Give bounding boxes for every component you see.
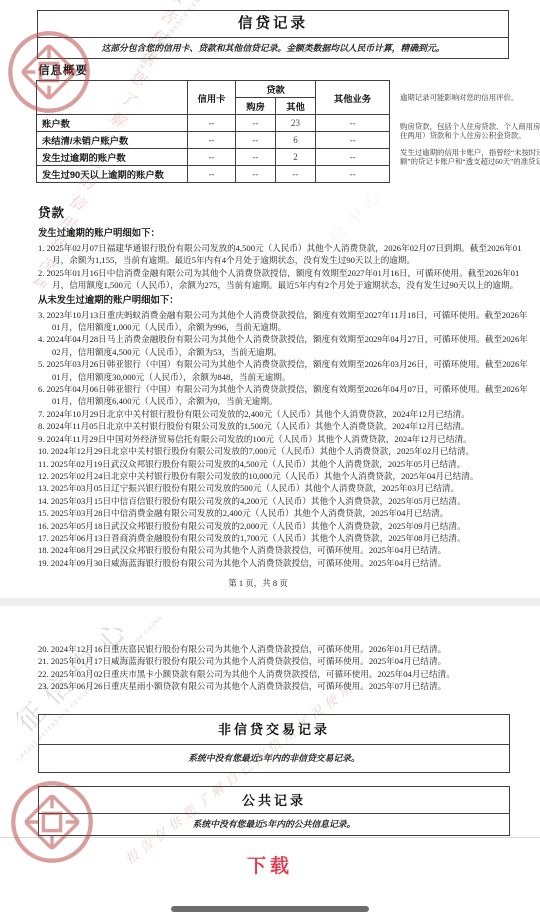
loan-record: 5. 2025年03月26日韩亚银行（中国）有限公司为其他个人消费贷款授信，额度… xyxy=(38,358,532,383)
non-credit-records-box: 非信贷交易记录 系统中没有您最近5年内的非信贷交易记录。 xyxy=(38,714,510,773)
summary-row-label: 发生过逾期的账户数 xyxy=(37,149,188,166)
summary-col-loan: 贷款 xyxy=(236,81,316,98)
loan-record: 8. 2024年11月05日北京中关村银行股份有限公司发放的1,500元（人民币… xyxy=(38,420,532,432)
summary-col-loan-house: 购房 xyxy=(236,98,276,115)
loan-record: 20. 2024年12月16日重庆富民银行股份有限公司为其他个人消费贷款授信，可… xyxy=(38,643,532,655)
loan-record: 7. 2024年10月29日北京中关村银行股份有限公司发放的2,400元（人民币… xyxy=(38,408,532,420)
summary-cell-other-business: -- xyxy=(316,166,390,183)
loan-record: 14. 2025年03月15日中信百信银行股份有限公司发放的4,200元（人民币… xyxy=(38,495,532,507)
summary-cell-other-business: -- xyxy=(316,132,390,149)
loan-record: 19. 2024年09月30日威海蓝海银行股份有限公司为其他个人消费贷款授信，可… xyxy=(38,557,532,569)
summary-note: 逾期记录可能影响对您的信用评价。 xyxy=(400,93,540,103)
summary-row-label: 账户数 xyxy=(37,115,188,132)
loan-record: 6. 2025年04月06日韩亚银行（中国）有限公司为其他个人消费贷款授信，额度… xyxy=(38,383,532,408)
summary-cell-loan-other: -- xyxy=(276,166,316,183)
loan-record: 13. 2025年03月05日辽宁振兴银行股份有限公司发放的500元（人民币）其… xyxy=(38,482,532,494)
public-records-box: 公共记录 系统中没有您最近5年内的公共信息记录。 xyxy=(38,786,510,836)
page-break xyxy=(0,598,540,606)
summary-row-label: 未结清/未销户账户数 xyxy=(37,132,188,149)
never-overdue-accounts-heading: 从未发生过逾期的账户明细如下： xyxy=(38,292,532,306)
summary-note: 发生过逾期的信用卡账户，指曾经“未按时还最低还款额”的贷记卡账户和“透支超过60… xyxy=(400,148,540,167)
summary-rows: 账户数 -- -- 23 -- 未结清/未销户账户数 -- -- 6 -- 发生… xyxy=(37,115,390,183)
summary-cell-credit-card: -- xyxy=(188,132,236,149)
summary-row: 发生过逾期的账户数 -- -- 2 -- xyxy=(37,149,390,166)
summary-note: 购房贷款，包括个人住房贷款、个人商用房（包括商住两用）贷款和个人住房公积金贷款。 xyxy=(400,122,540,141)
summary-cell-other-business: -- xyxy=(316,149,390,166)
loan-record: 9. 2024年11月29日中国对外经济贸易信托有限公司发放的100元（人民币）… xyxy=(38,433,532,445)
loan-record: 3. 2023年10月13日重庆蚂蚁消费金融有限公司为其他个人消费贷款授信，额度… xyxy=(38,309,532,334)
page-number: 第 1 页，共 8 页 xyxy=(0,577,516,589)
loan-record: 21. 2025年01月17日威海蓝海银行股份有限公司为其他个人消费贷款授信，可… xyxy=(38,655,532,667)
loan-record: 22. 2025年03月02日重庆市黑卡小额贷款有限公司为其他个人消费贷款授信，… xyxy=(38,668,532,680)
overdue-accounts-heading: 发生过逾期的账户明细如下： xyxy=(38,225,532,239)
credit-record-header-box: 信贷记录 这部分包含您的信用卡、贷款和其他信贷记录。金额类数据均以人民币计算，精… xyxy=(37,10,509,59)
summary-cell-credit-card: -- xyxy=(188,115,236,132)
non-credit-records-title: 非信贷交易记录 xyxy=(39,715,509,745)
loans-heading: 贷款 xyxy=(38,203,532,221)
loan-record: 18. 2024年08月29日武汉众邦银行股份有限公司为其他个人消费贷款授信，可… xyxy=(38,544,532,556)
summary-cell-loan-other: 2 xyxy=(276,149,316,166)
public-records-desc: 系统中没有您最近5年内的公共信息记录。 xyxy=(39,814,509,835)
summary-col-empty xyxy=(37,81,188,115)
summary-notes: 逾期记录可能影响对您的信用评价。购房贷款，包括个人住房贷款、个人商用房（包括商住… xyxy=(400,93,540,167)
never-overdue-loan-list: 3. 2023年10月13日重庆蚂蚁消费金融有限公司为其他个人消费贷款授信，额度… xyxy=(38,309,532,570)
summary-col-other-business: 其他业务 xyxy=(316,81,390,115)
loan-record: 16. 2025年05月18日武汉众邦银行股份有限公司发放的2,000元（人民币… xyxy=(38,520,532,532)
section-title-credit-records: 信贷记录 xyxy=(38,11,508,38)
summary-row-label: 发生过90天以上逾期的账户数 xyxy=(37,166,188,183)
home-indicator[interactable] xyxy=(171,906,369,912)
summary-table: 信用卡 贷款 其他业务 购房 其他 账户数 -- -- 23 -- 未结清/未销… xyxy=(36,80,390,183)
overdue-loan-list: 1. 2025年02月07日福建华通银行股份有限公司发放的4,500元（人民币）… xyxy=(38,242,532,292)
summary-row: 账户数 -- -- 23 -- xyxy=(37,115,390,132)
loan-list-continued: 20. 2024年12月16日重庆富民银行股份有限公司为其他个人消费贷款授信，可… xyxy=(38,643,532,693)
loan-record: 17. 2025年06月13日晋商消费金融股份有限公司发放的1,700元（人民币… xyxy=(38,532,532,544)
summary-heading: 信息概要 xyxy=(38,62,88,78)
loan-record: 15. 2025年03月28日中信消费金融有限公司发放的2,400元（人民币）其… xyxy=(38,507,532,519)
summary-cell-loan-house: -- xyxy=(236,166,276,183)
summary-cell-other-business: -- xyxy=(316,115,390,132)
download-button[interactable]: 下载 xyxy=(0,851,540,878)
loan-record: 4. 2024年04月28日马上消费金融股份有限公司为其他个人消费贷款授信，额度… xyxy=(38,333,532,358)
credit-report-screen: 报告仅供您了解自己的信用状况使用 CREDIT REFERENCE CENTER… xyxy=(0,0,540,922)
loan-record: 23. 2025年06月26日重庆星雨小额贷款有限公司为其他个人消费贷款授信，可… xyxy=(38,680,532,692)
summary-header-row: 信用卡 贷款 其他业务 xyxy=(37,81,390,98)
loan-record: 2. 2025年01月16日中信消费金融有限公司为其他个人消费贷款授信，额度有效… xyxy=(38,267,532,292)
summary-col-loan-other: 其他 xyxy=(276,98,316,115)
summary-cell-loan-house: -- xyxy=(236,149,276,166)
summary-cell-credit-card: -- xyxy=(188,166,236,183)
section-subtitle: 这部分包含您的信用卡、贷款和其他信贷记录。金额类数据均以人民币计算，精确到元。 xyxy=(38,38,508,58)
loan-record: 11. 2025年02月19日武汉众邦银行股份有限公司发放的4,500元（人民币… xyxy=(38,458,532,470)
loan-record: 12. 2025年02月24日北京中关村银行股份有限公司发放的10,000元（人… xyxy=(38,470,532,482)
loan-record: 10. 2024年12月29日北京中关村银行股份有限公司发放的7,000元（人民… xyxy=(38,445,532,457)
public-records-title: 公共记录 xyxy=(39,787,509,814)
summary-cell-loan-other: 6 xyxy=(276,132,316,149)
summary-col-credit-card: 信用卡 xyxy=(188,81,236,115)
loan-record: 1. 2025年02月07日福建华通银行股份有限公司发放的4,500元（人民币）… xyxy=(38,242,532,267)
summary-cell-credit-card: -- xyxy=(188,149,236,166)
summary-cell-loan-house: -- xyxy=(236,132,276,149)
summary-cell-loan-other: 23 xyxy=(276,115,316,132)
summary-row: 未结清/未销户账户数 -- -- 6 -- xyxy=(37,132,390,149)
non-credit-records-desc: 系统中没有您最近5年内的非信贷交易记录。 xyxy=(39,745,509,772)
summary-cell-loan-house: -- xyxy=(236,115,276,132)
document-bottom-edge xyxy=(0,837,540,838)
loans-section: 贷款 发生过逾期的账户明细如下： 1. 2025年02月07日福建华通银行股份有… xyxy=(38,203,532,569)
summary-row: 发生过90天以上逾期的账户数 -- -- -- -- xyxy=(37,166,390,183)
